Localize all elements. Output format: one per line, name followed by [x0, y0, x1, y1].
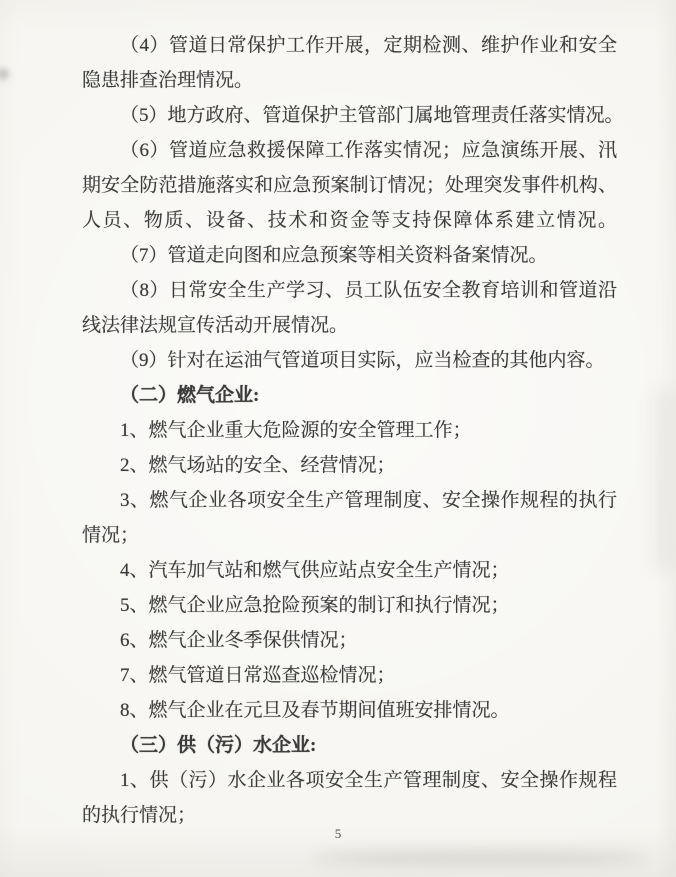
document-line: 隐患排查治理情况。	[82, 63, 617, 98]
page-number: 5	[0, 824, 676, 844]
document-line: （7）管道走向图和应急预案等相关资料备案情况。	[82, 238, 617, 273]
document-line: 期安全防范措施落实和应急预案制订情况；处理突发事件机构、	[82, 168, 617, 203]
document-body: （4）管道日常保护工作开展，定期检测、维护作业和安全隐患排查治理情况。（5）地方…	[82, 28, 617, 833]
document-line: 3、燃气企业各项安全生产管理制度、安全操作规程的执行	[82, 483, 617, 518]
document-line: 1、燃气企业重大危险源的安全管理工作；	[82, 413, 617, 448]
section-heading: （二）燃气企业:	[82, 378, 617, 413]
document-line: 5、燃气企业应急抢险预案的制订和执行情况；	[82, 588, 617, 623]
scan-artifact	[0, 68, 9, 80]
document-line: 1、供（污）水企业各项安全生产管理制度、安全操作规程	[82, 763, 617, 798]
document-line: （6）管道应急救援保障工作落实情况；应急演练开展、汛	[82, 133, 617, 168]
document-line: 2、燃气场站的安全、经营情况；	[82, 448, 617, 483]
document-line: （8）日常安全生产学习、员工队伍安全教育培训和管道沿	[82, 273, 617, 308]
document-line: 4、汽车加气站和燃气供应站点安全生产情况；	[82, 553, 617, 588]
scan-artifact	[652, 390, 676, 570]
document-line: 线法律法规宣传活动开展情况。	[82, 308, 617, 343]
document-line: 8、燃气企业在元旦及春节期间值班安排情况。	[82, 693, 617, 728]
scan-artifact	[310, 851, 650, 865]
document-line: 情况；	[82, 518, 617, 553]
document-line: 6、燃气企业冬季保供情况；	[82, 623, 617, 658]
section-heading: （三）供（污）水企业:	[82, 728, 617, 763]
document-line: （9）针对在运油气管道项目实际，应当检查的其他内容。	[82, 343, 617, 378]
document-line: 人员、物质、设备、技术和资金等支持保障体系建立情况。	[82, 203, 617, 238]
document-line: 7、燃气管道日常巡查巡检情况；	[82, 658, 617, 693]
document-line: （4）管道日常保护工作开展，定期检测、维护作业和安全	[82, 28, 617, 63]
document-line: （5）地方政府、管道保护主管部门属地管理责任落实情况。	[82, 98, 617, 133]
